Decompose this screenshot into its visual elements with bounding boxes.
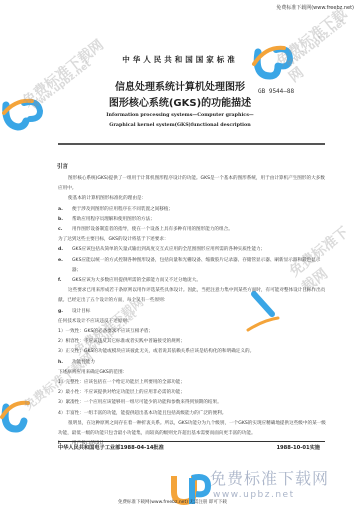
list-item: d.GKS应该包括从简单的矢量式输出到高度交互式应用的全范围图形应用所需的各种实… — [58, 245, 328, 255]
list-text: 用作图形设备制造者的指导，使在一个设备上具有多种有用的图形能力的组合。 — [72, 227, 233, 232]
title-zh-line-2: 图形核心系统(GKS)的功能描述 — [0, 94, 360, 109]
list-label: e. — [58, 256, 72, 266]
paragraph: 下述原则应用来确定GKS的范围： — [58, 368, 328, 378]
site-note-top: 免费标准下载网(www.freebz.net) — [276, 4, 354, 11]
footer-divider — [58, 441, 325, 442]
list-item: e.GKS应能以统一的方式控制各种图形设备，包括向量和光栅设备、缩微胶片记录器、… — [58, 256, 328, 276]
header-divider — [58, 143, 325, 145]
list-label: a. — [58, 205, 72, 215]
principle-item: 2）最小性：不应该提供对给定功能层上的应用非必需的功能； — [58, 388, 328, 398]
paragraph: 很明显，在这种原则之间存在着一种折衷关系。所以，GKS功能分为九个级别，一个GK… — [58, 419, 328, 439]
list-label: g. — [58, 307, 72, 317]
principle-item: 4）丰富性：一组丰富的功能，能提供超出基本功能且包括高级能力的广泛的便利。 — [58, 409, 328, 419]
list-item: c.用作图形设备制造者的指导，使在一个设备上具有多种有用的图形能力的组合。 — [58, 225, 328, 235]
site-note-bottom: 免费标准下载网(www.freebz.net) 无需注册 即可下载 — [118, 499, 227, 505]
list-label: h. — [58, 358, 72, 368]
principle-item: 3）正交性：GKS的功能或模块应该彼此无关，或者说其依赖关系应该是结构化的和明确… — [58, 347, 328, 357]
list-text: 功能性能力 — [72, 360, 95, 365]
list-text: 便于涉及到图形的应用程序在不同装置之间移植； — [72, 207, 173, 212]
title-en-line-1: Information processing systems—Computer … — [0, 112, 360, 118]
title-zh-line-1: 信息处理系统计算机处理图形 — [0, 78, 360, 93]
list-item: a.便于涉及到图形的应用程序在不同装置之间移植； — [58, 205, 328, 215]
paragraph: 使基本的计算机图形标准化的理由是： — [58, 194, 328, 204]
list-label: f. — [58, 276, 72, 286]
effective-date: 1988-10-01实施 — [276, 444, 320, 451]
intro-body: 图形核心系统(GKS)提供了一组用于计算机图形程序设计的功能。GKS是一个基本的… — [58, 174, 328, 449]
list-label: d. — [58, 245, 72, 255]
list-label: b. — [58, 215, 72, 225]
watermark-text-top-right: 免费标准下载网 — [272, 1, 360, 87]
principle-item: 2）相容性：不应该违反其它标准或者实践中普遍接受的规则； — [58, 337, 328, 347]
principle-item: 1）一致性：GKS的必备要求不应该互相矛盾； — [58, 327, 328, 337]
list-item: h.功能性能力 — [58, 358, 328, 368]
principle-item: 3）紧凑性：一个应用应该能够用一组尽可能少的功能和参数来得到预期的结果。 — [58, 398, 328, 408]
up-logo-icon — [0, 395, 36, 437]
list-text: GKS应能以统一的方式控制各种图形设备，包括向量和光栅设备、缩微胶片记录器、存储… — [72, 258, 320, 273]
issue-date: 中华人民共和国电子工业部1988-04-14批准 — [58, 444, 164, 451]
paragraph: 这些要求已用来形成若干条原则以用作评选某些具体设计。因此，当把注意力集中到某些方… — [58, 286, 328, 306]
list-label: c. — [58, 225, 72, 235]
standard-organization: 中华人民共和国国家标准 — [0, 54, 360, 65]
title-en-line-2: Graphical kernel system(GKS)functional d… — [0, 122, 360, 128]
paragraph: 图形核心系统(GKS)提供了一组用于计算机图形程序设计的功能。GKS是一个基本的… — [58, 174, 328, 194]
list-item: f.GKS应该为大多数应用提供所需的全部能力而又不过分地庞大。 — [58, 276, 328, 286]
brand-name-zh: 免费标准下载网 — [210, 466, 329, 489]
list-text: 帮助应用程序员理解和使用图形的方法； — [72, 217, 155, 222]
principle-item: 1）完整性：应该包括在一个给定功能层上所要用的全部功能； — [58, 378, 328, 388]
standard-code: GB 9544—88 — [258, 88, 294, 95]
paragraph: 任何技术设计不应该违反下述原则： — [58, 317, 328, 327]
list-text: GKS应该为大多数应用提供所需的全部能力而又不过分地庞大。 — [72, 278, 201, 283]
list-text: GKS应该包括从简单的矢量式输出到高度交互式应用的全范围图形应用所需的各种实质性… — [72, 247, 265, 252]
paragraph: 为了达到这些主要目标，GKS的设计将基于下述要求： — [58, 235, 328, 245]
watermark-logo-bottom-left — [0, 395, 36, 437]
list-item: g.设计目标 — [58, 307, 328, 317]
list-item: b.帮助应用程序员理解和使用图形的方法； — [58, 215, 328, 225]
section-heading-intro: 引言 — [57, 162, 68, 170]
list-text: 设计目标 — [72, 309, 90, 314]
